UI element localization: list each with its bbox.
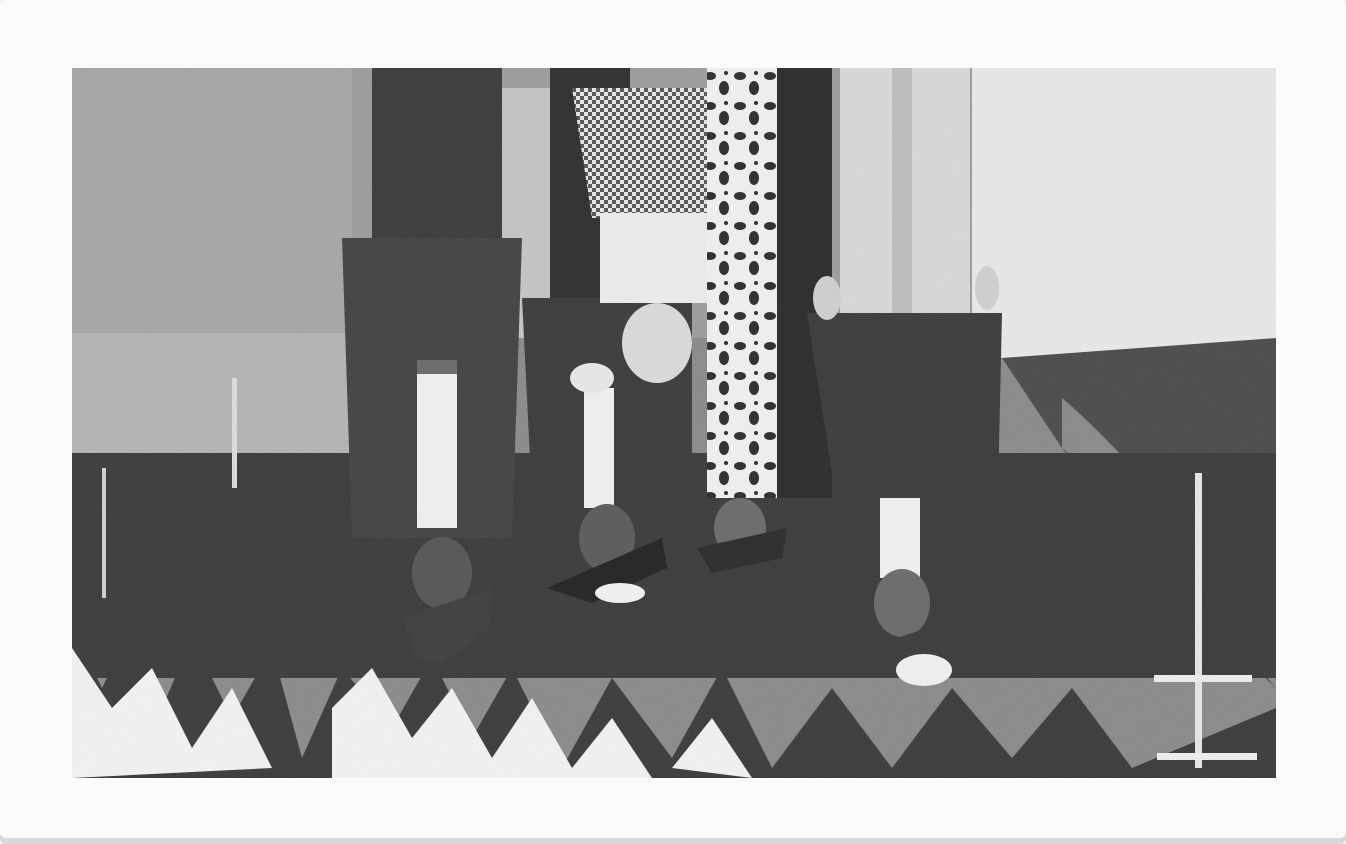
photograph <box>72 68 1276 778</box>
photo-scene <box>72 68 1276 778</box>
photo-print <box>0 0 1346 844</box>
